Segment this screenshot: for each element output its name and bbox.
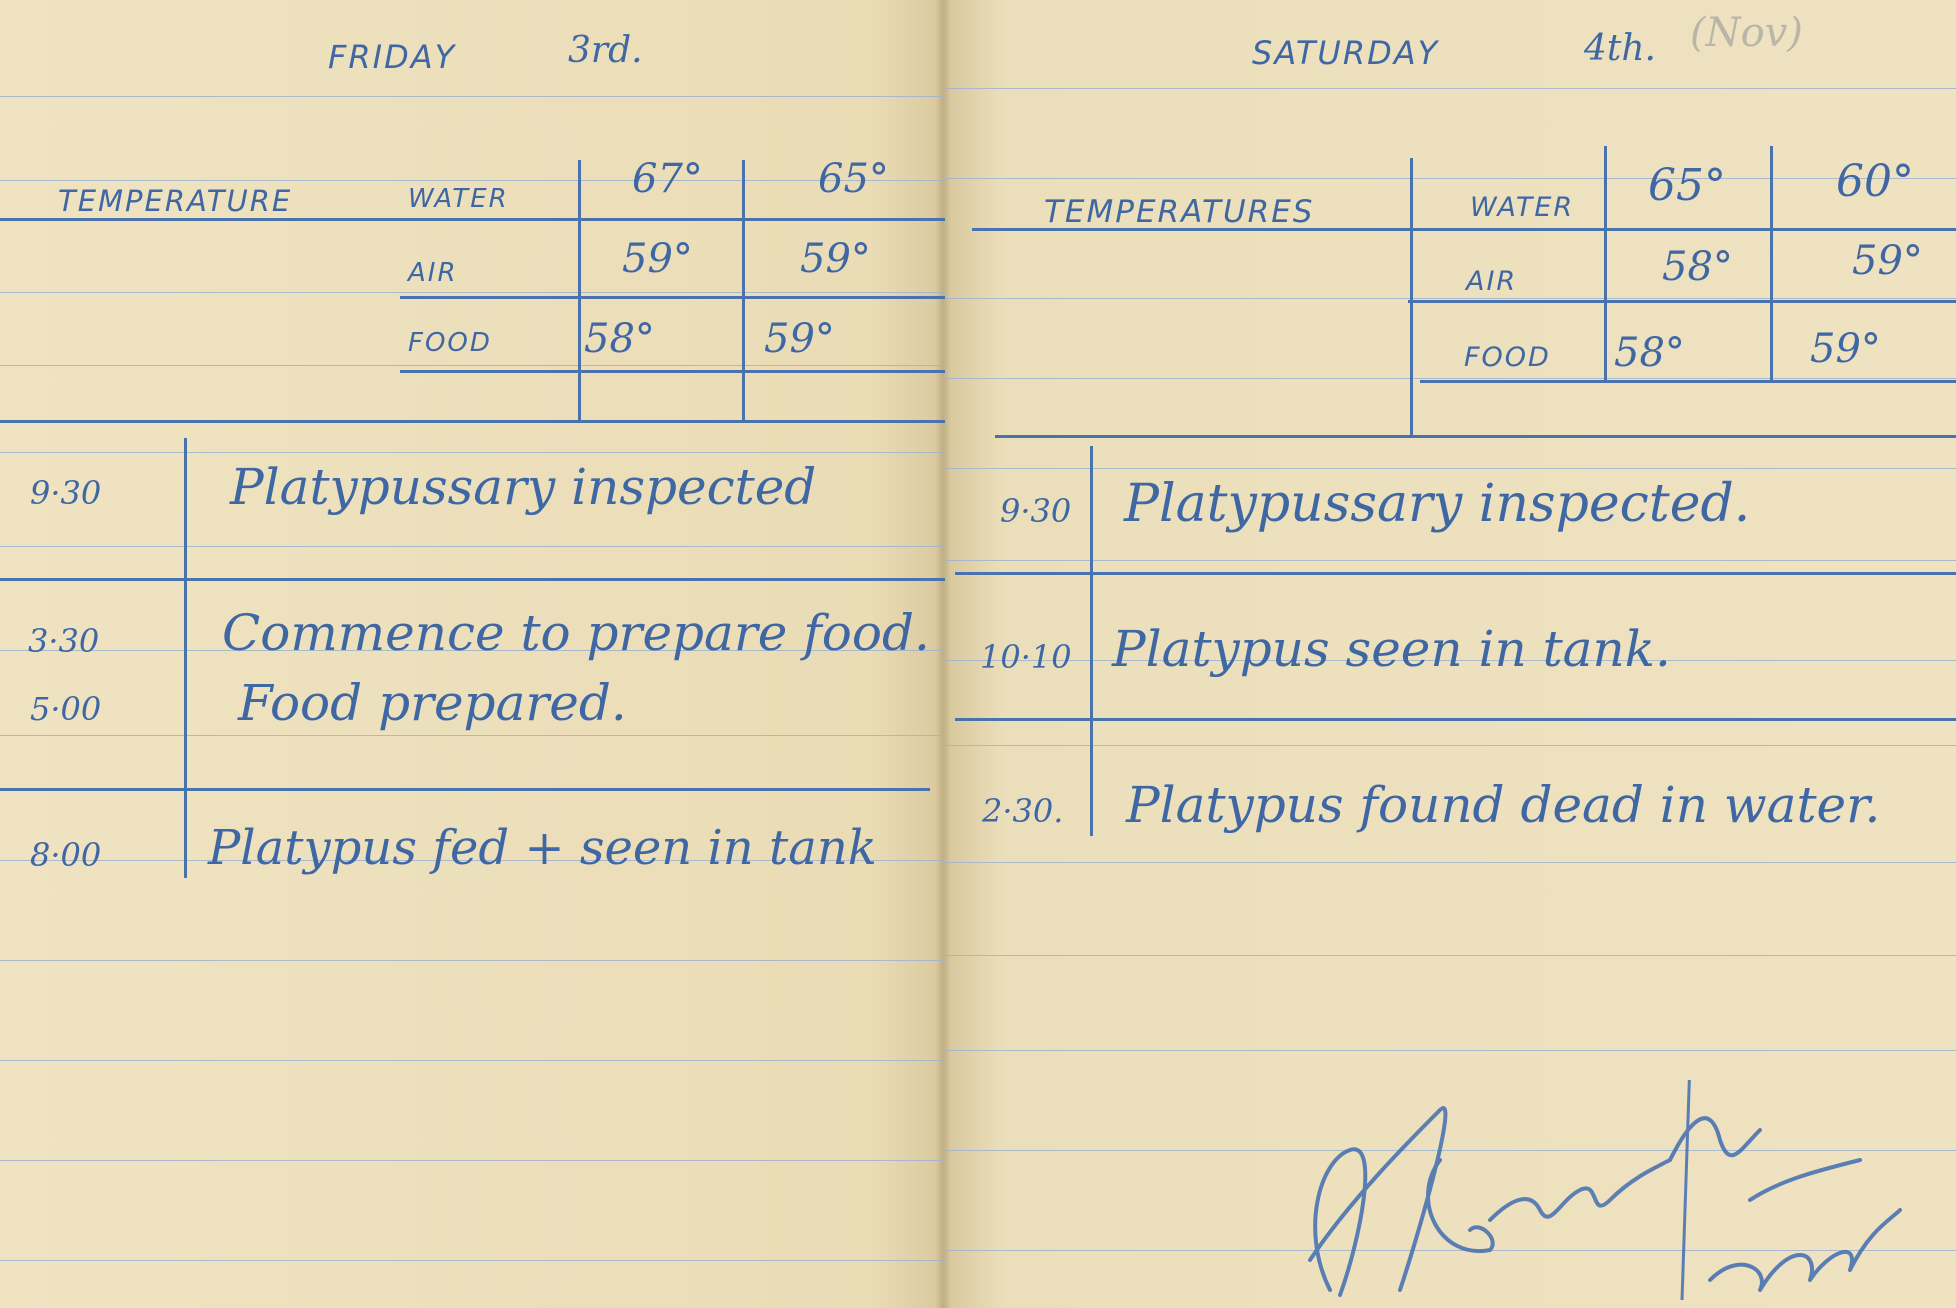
log-rule [0, 788, 930, 791]
entry-text: Platypussary inspected [230, 458, 816, 516]
log-time-divider [184, 438, 187, 878]
table-column-divider [1604, 146, 1607, 382]
table-rule [1420, 380, 1956, 383]
entry-text: Platypus fed + seen in tank [208, 820, 877, 876]
entry-text: Platypus found dead in water. [1126, 776, 1880, 834]
day-heading: SATURDAY [1252, 34, 1439, 72]
water-value-1: 65° [1648, 160, 1726, 211]
temperature-label: TEMPERATURE [58, 184, 292, 218]
row-label-air: AIR [408, 258, 458, 288]
water-value-1: 67° [632, 156, 703, 202]
date: 4th. [1584, 28, 1656, 69]
log-time-divider [1090, 446, 1093, 836]
air-value-1: 59° [622, 236, 693, 282]
entry-time: 8·00 [30, 836, 101, 874]
entry-text: Platypus seen in tank. [1112, 620, 1671, 678]
log-rule [955, 718, 1956, 721]
table-rule [400, 370, 945, 373]
day-heading: FRIDAY [328, 38, 456, 76]
food-value-2: 59° [764, 316, 835, 362]
air-value-2: 59° [1852, 238, 1923, 284]
table-rule [400, 296, 945, 299]
table-rule [0, 218, 945, 221]
row-label-water: WATER [408, 184, 509, 214]
signature-scribble [1290, 1080, 1910, 1300]
food-value-2: 59° [1810, 326, 1881, 372]
log-rule [0, 578, 945, 581]
entry-text: Platypussary inspected. [1124, 474, 1750, 534]
table-rule [995, 435, 1956, 438]
table-rule [0, 420, 945, 423]
date-note-pencil: (Nov) [1690, 10, 1803, 56]
food-value-1: 58° [584, 316, 655, 362]
table-column-divider [1770, 146, 1773, 382]
temperature-label: TEMPERATURES [1044, 194, 1314, 230]
water-value-2: 65° [818, 156, 889, 202]
row-label-water: WATER [1470, 192, 1574, 223]
table-column-divider [1410, 158, 1413, 436]
entry-time: 9·30 [1000, 492, 1071, 530]
table-rule [1408, 300, 1956, 303]
air-value-1: 58° [1662, 244, 1733, 290]
entry-time: 10·10 [980, 638, 1072, 676]
row-label-food: FOOD [1464, 342, 1551, 373]
book-gutter [935, 0, 951, 1308]
row-label-food: FOOD [408, 328, 492, 358]
log-rule [955, 572, 1956, 575]
row-label-air: AIR [1466, 266, 1517, 297]
entry-time: 2·30. [982, 792, 1063, 830]
entry-time: 5·00 [30, 690, 101, 728]
table-column-divider [742, 160, 745, 422]
entry-time: 9·30 [30, 474, 101, 512]
entry-text: Food prepared. [238, 674, 627, 732]
date: 3rd. [568, 30, 643, 71]
food-value-1: 58° [1614, 330, 1685, 376]
entry-time: 3·30 [28, 622, 99, 660]
table-column-divider [578, 160, 581, 422]
air-value-2: 59° [800, 236, 871, 282]
entry-text: Commence to prepare food. [222, 604, 930, 662]
water-value-2: 60° [1836, 156, 1914, 207]
